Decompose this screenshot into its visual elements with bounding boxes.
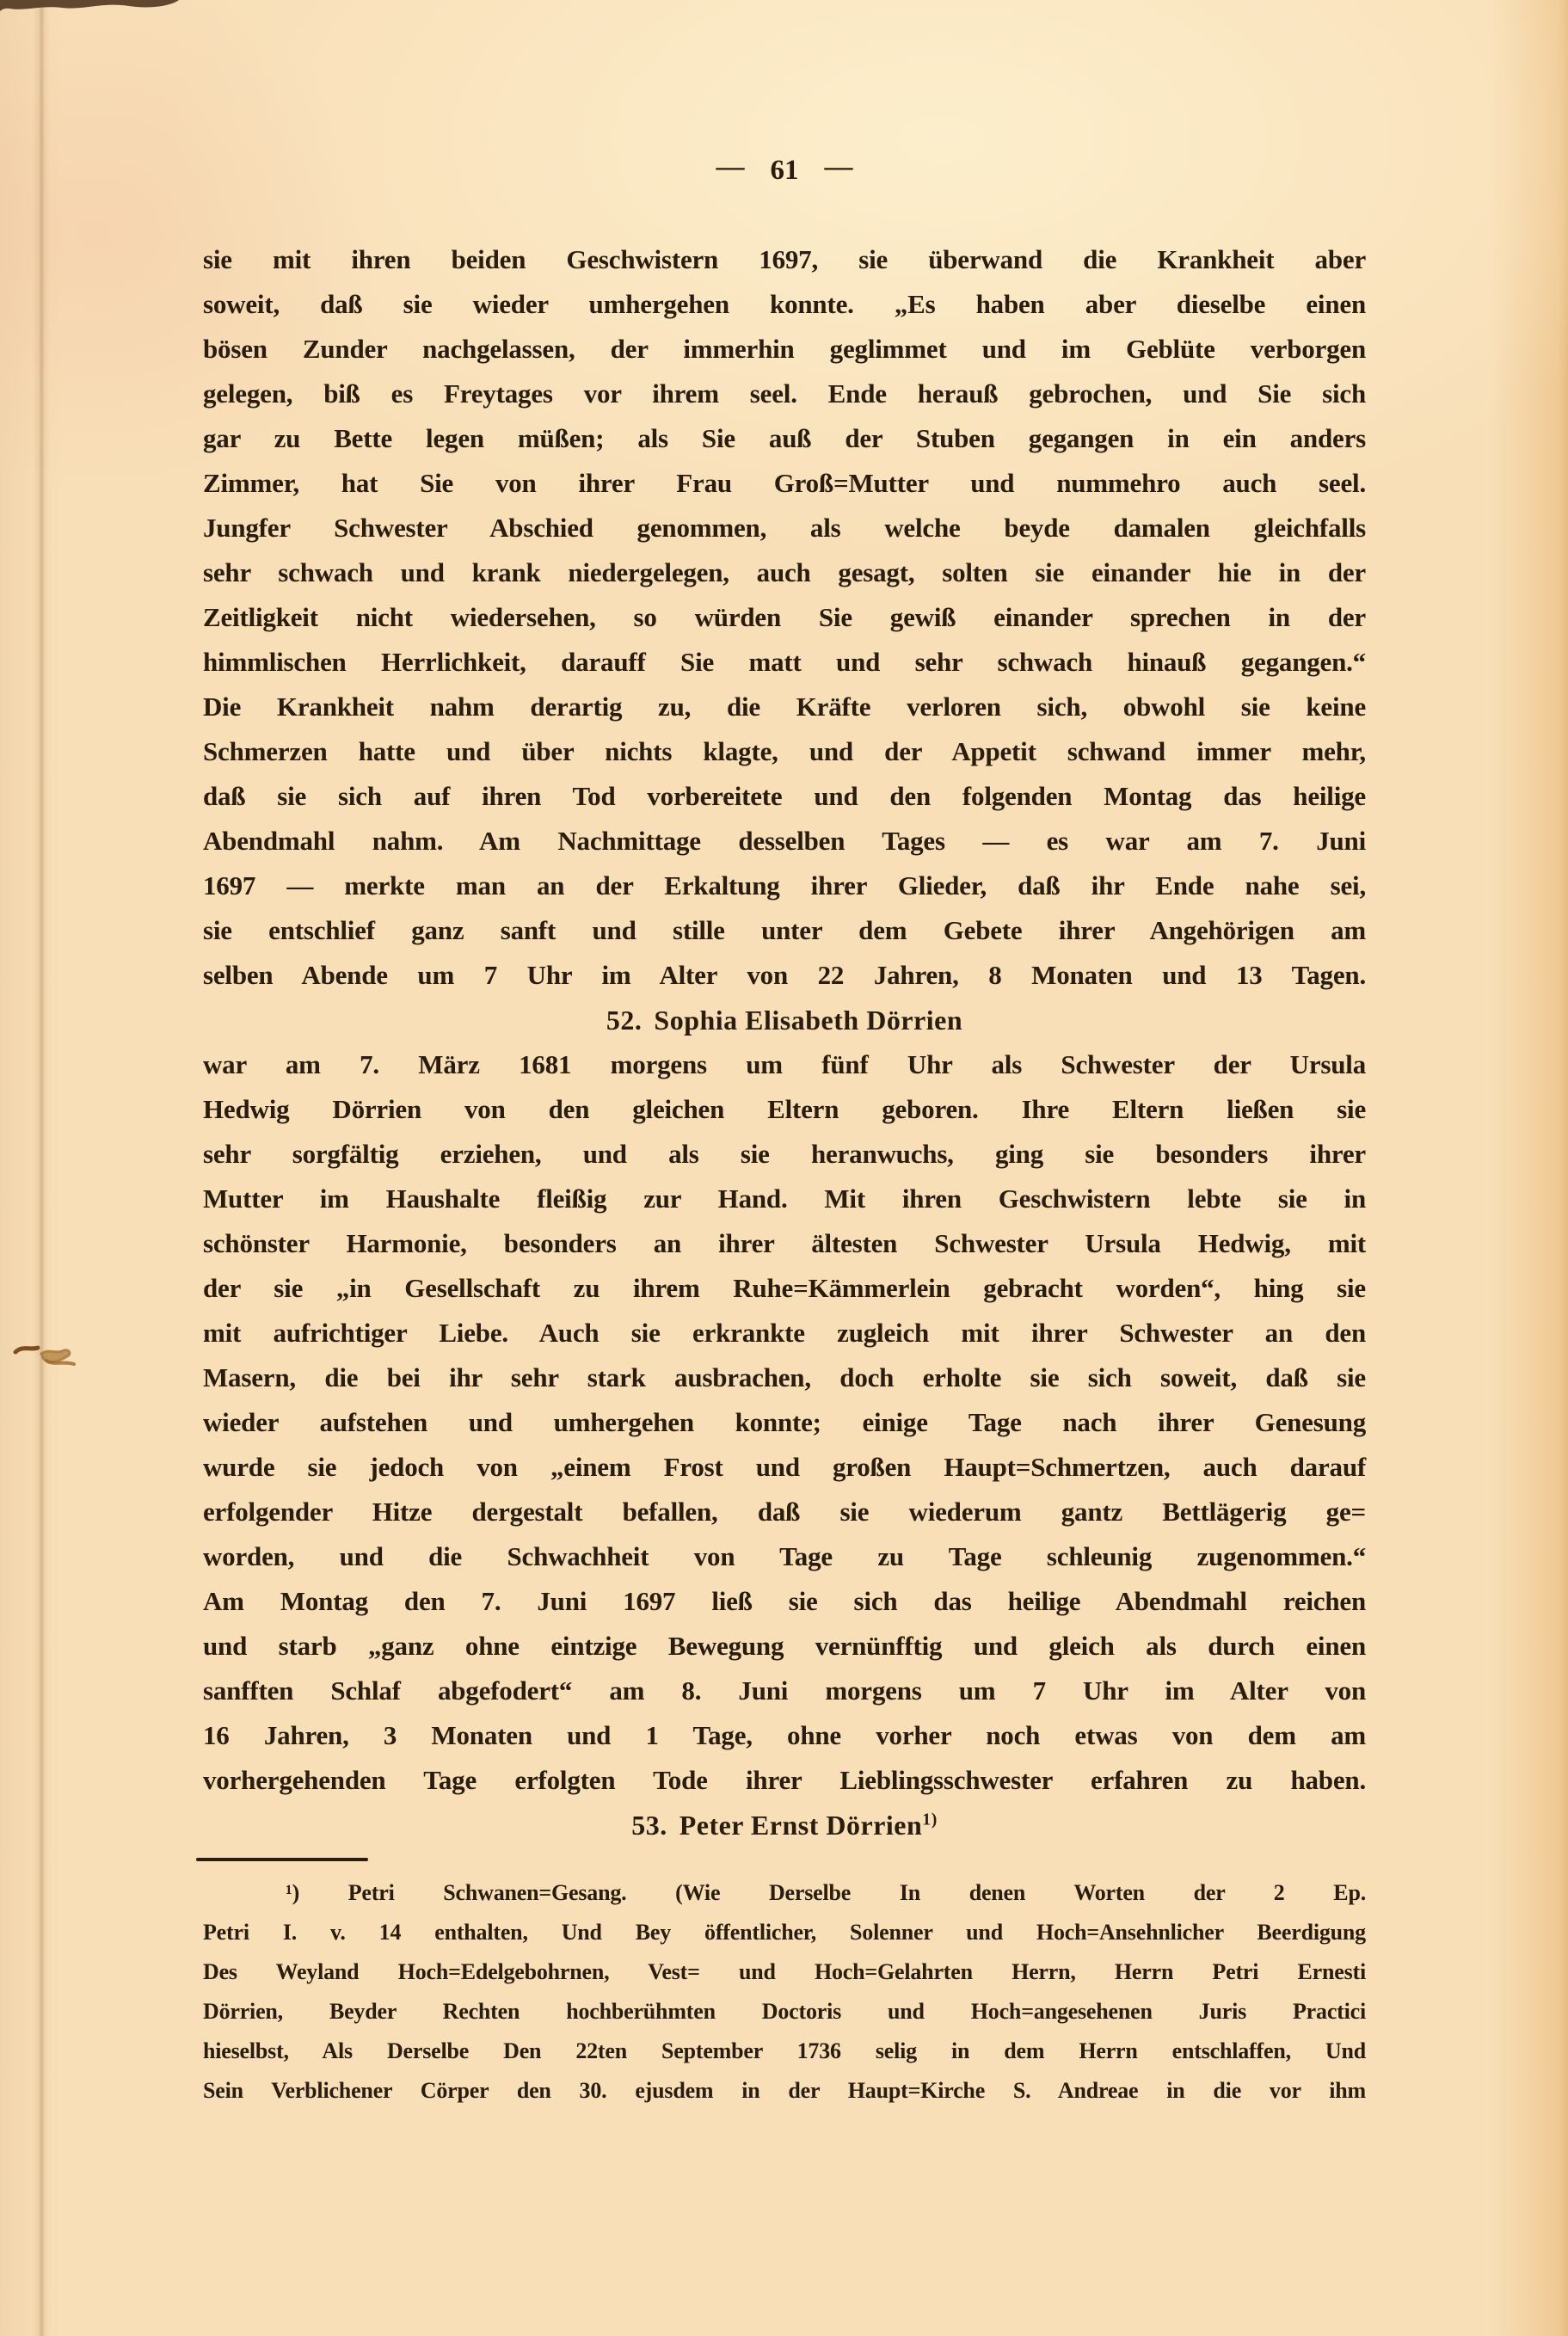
text-line: gar zu Bette legen müßen; als Sie auß de… xyxy=(203,416,1366,461)
page-header: —61— xyxy=(203,153,1366,187)
text-line: war am 7. März 1681 morgens um fünf Uhr … xyxy=(203,1042,1366,1087)
book-page: —61— sie mit ihren beiden Geschwistern 1… xyxy=(0,0,1568,2336)
text-line: Zimmer, hat Sie von ihrer Frau Groß=Mutt… xyxy=(203,461,1366,506)
text-line: sie mit ihren beiden Geschwistern 1697, … xyxy=(203,237,1366,282)
page-number: 61 xyxy=(771,155,799,186)
header-dash-right: — xyxy=(825,151,853,182)
text-line: Petri I. v. 14 enthalten, Und Bey öffent… xyxy=(203,1913,1366,1952)
text-line: Die Krankheit nahm derartig zu, die Kräf… xyxy=(203,685,1366,729)
footnote: ¹) Petri Schwanen=Gesang. (Wie Derselbe … xyxy=(203,1873,1366,2111)
ink-smudge xyxy=(12,1331,91,1382)
text-line: sanfften Schlaf abgefodert“ am 8. Juni m… xyxy=(203,1669,1366,1713)
text-line: hieselbst, Als Derselbe Den 22ten Septem… xyxy=(203,2032,1366,2071)
text-line: gelegen, biß es Freytages vor ihrem seel… xyxy=(203,372,1366,416)
text-line: sie entschlief ganz sanft und stille unt… xyxy=(203,908,1366,953)
text-line: himmlischen Herrlichkeit, darauff Sie ma… xyxy=(203,640,1366,685)
binding-mark xyxy=(0,0,182,18)
text-line: Jungfer Schwester Abschied genommen, als… xyxy=(203,506,1366,550)
text-line: Abendmahl nahm. Am Nachmittage desselben… xyxy=(203,819,1366,864)
section-53-title: Peter Ernst Dörrien xyxy=(679,1810,923,1841)
section-53-heading: 53.Peter Ernst Dörrien1) xyxy=(203,1803,1366,1847)
text-line: Sein Verblichener Cörper den 30. ejusdem… xyxy=(203,2071,1366,2111)
text-line: Zeitligkeit nicht wiedersehen, so würden… xyxy=(203,595,1366,640)
text-line: Des Weyland Hoch=Edelgebohrnen, Vest= un… xyxy=(203,1952,1366,1992)
text-line: und starb „ganz ohne eintzige Bewegung v… xyxy=(203,1624,1366,1669)
footnote-reference: 1) xyxy=(922,1810,938,1829)
text-line: der sie „in Gesellschaft zu ihrem Ruhe=K… xyxy=(203,1266,1366,1311)
paragraph-continuation: sie mit ihren beiden Geschwistern 1697, … xyxy=(203,237,1366,998)
text-line: wurde sie jedoch von „einem Frost und gr… xyxy=(203,1445,1366,1490)
text-line: erfolgender Hitze dergestalt befallen, d… xyxy=(203,1490,1366,1534)
section-52-number: 52. xyxy=(606,1005,643,1036)
text-line: 16 Jahren, 3 Monaten und 1 Tage, ohne vo… xyxy=(203,1713,1366,1758)
text-line: schönster Harmonie, besonders an ihrer ä… xyxy=(203,1221,1366,1266)
text-line: sehr schwach und krank niedergelegen, au… xyxy=(203,550,1366,595)
text-line: wieder aufstehen und umhergehen konnte; … xyxy=(203,1400,1366,1445)
section-52-title: Sophia Elisabeth Dörrien xyxy=(654,1005,962,1036)
text-block: sie mit ihren beiden Geschwistern 1697, … xyxy=(203,237,1366,2111)
text-line: sehr sorgfältig erziehen, und als sie he… xyxy=(203,1132,1366,1177)
section-52-paragraph: war am 7. März 1681 morgens um fünf Uhr … xyxy=(203,1042,1366,1803)
text-line: daß sie sich auf ihren Tod vorbereitete … xyxy=(203,774,1366,819)
footnote-separator xyxy=(196,1858,368,1861)
text-line: Schmerzen hatte und über nichts klagte, … xyxy=(203,729,1366,774)
text-line: worden, und die Schwachheit von Tage zu … xyxy=(203,1534,1366,1579)
page-fold-line xyxy=(33,0,50,2336)
text-line: ¹) Petri Schwanen=Gesang. (Wie Derselbe … xyxy=(203,1873,1366,1913)
text-line: Masern, die bei ihr sehr stark ausbrache… xyxy=(203,1355,1366,1400)
text-line: Mutter im Haushalte fleißig zur Hand. Mi… xyxy=(203,1177,1366,1221)
section-52-heading: 52.Sophia Elisabeth Dörrien xyxy=(203,998,1366,1042)
header-dash-left: — xyxy=(716,151,745,182)
text-line: 1697 — merkte man an der Erkaltung ihrer… xyxy=(203,864,1366,908)
text-line: bösen Zunder nachgelassen, der immerhin … xyxy=(203,327,1366,372)
text-line: mit aufrichtiger Liebe. Auch sie erkrank… xyxy=(203,1311,1366,1355)
text-line: vorhergehenden Tage erfolgten Tode ihrer… xyxy=(203,1758,1366,1803)
text-line: Am Montag den 7. Juni 1697 ließ sie sich… xyxy=(203,1579,1366,1624)
text-line: soweit, daß sie wieder umhergehen konnte… xyxy=(203,282,1366,327)
text-line: selben Abende um 7 Uhr im Alter von 22 J… xyxy=(203,953,1366,998)
text-line: Dörrien, Beyder Rechten hochberühmten Do… xyxy=(203,1992,1366,2032)
text-line: Hedwig Dörrien von den gleichen Eltern g… xyxy=(203,1087,1366,1132)
section-53-number: 53. xyxy=(631,1810,667,1841)
